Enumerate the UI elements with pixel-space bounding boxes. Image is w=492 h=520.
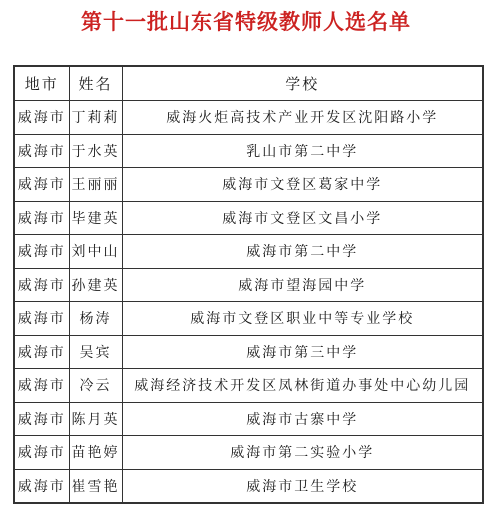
cell-name: 王丽丽 xyxy=(69,168,122,202)
cell-name: 冷云 xyxy=(69,369,122,403)
table-row: 威海市 刘中山 威海市第二中学 xyxy=(14,235,483,269)
cell-city: 威海市 xyxy=(14,268,69,302)
table-row: 威海市 冷云 威海经济技术开发区凤林街道办事处中心幼儿园 xyxy=(14,369,483,403)
cell-school: 威海市第二实验小学 xyxy=(122,436,483,470)
cell-school: 威海市第二中学 xyxy=(122,235,483,269)
cell-school: 威海经济技术开发区凤林街道办事处中心幼儿园 xyxy=(122,369,483,403)
cell-city: 威海市 xyxy=(14,369,69,403)
cell-school: 威海市第三中学 xyxy=(122,335,483,369)
cell-name: 吴宾 xyxy=(69,335,122,369)
cell-school: 威海市文登区职业中等专业学校 xyxy=(122,302,483,336)
table-row: 威海市 崔雪艳 威海市卫生学校 xyxy=(14,469,483,503)
cell-city: 威海市 xyxy=(14,168,69,202)
page: 第十一批山东省特级教师人选名单 地市 姓名 学校 威海市 丁莉莉 威海火炬高技术… xyxy=(0,0,492,520)
cell-city: 威海市 xyxy=(14,302,69,336)
cell-name: 杨涛 xyxy=(69,302,122,336)
table-header-row: 地市 姓名 学校 xyxy=(14,66,483,101)
column-header-name: 姓名 xyxy=(69,66,122,101)
column-header-city: 地市 xyxy=(14,66,69,101)
table-row: 威海市 苗艳婷 威海市第二实验小学 xyxy=(14,436,483,470)
teachers-table: 地市 姓名 学校 威海市 丁莉莉 威海火炬高技术产业开发区沈阳路小学 威海市 于… xyxy=(13,65,484,504)
cell-name: 崔雪艳 xyxy=(69,469,122,503)
table-row: 威海市 孙建英 威海市望海园中学 xyxy=(14,268,483,302)
cell-city: 威海市 xyxy=(14,436,69,470)
table-row: 威海市 吴宾 威海市第三中学 xyxy=(14,335,483,369)
table-row: 威海市 杨涛 威海市文登区职业中等专业学校 xyxy=(14,302,483,336)
cell-name: 苗艳婷 xyxy=(69,436,122,470)
cell-name: 于水英 xyxy=(69,134,122,168)
cell-school: 威海市卫生学校 xyxy=(122,469,483,503)
cell-name: 丁莉莉 xyxy=(69,101,122,135)
cell-school: 威海市望海园中学 xyxy=(122,268,483,302)
cell-school: 乳山市第二中学 xyxy=(122,134,483,168)
table-row: 威海市 王丽丽 威海市文登区葛家中学 xyxy=(14,168,483,202)
cell-city: 威海市 xyxy=(14,235,69,269)
cell-city: 威海市 xyxy=(14,469,69,503)
cell-city: 威海市 xyxy=(14,335,69,369)
cell-city: 威海市 xyxy=(14,101,69,135)
cell-school: 威海市文登区文昌小学 xyxy=(122,201,483,235)
table-container: 地市 姓名 学校 威海市 丁莉莉 威海火炬高技术产业开发区沈阳路小学 威海市 于… xyxy=(13,65,484,504)
table-row: 威海市 丁莉莉 威海火炬高技术产业开发区沈阳路小学 xyxy=(14,101,483,135)
cell-school: 威海火炬高技术产业开发区沈阳路小学 xyxy=(122,101,483,135)
table-row: 威海市 毕建英 威海市文登区文昌小学 xyxy=(14,201,483,235)
column-header-school: 学校 xyxy=(122,66,483,101)
cell-name: 孙建英 xyxy=(69,268,122,302)
cell-name: 陈月英 xyxy=(69,402,122,436)
cell-school: 威海市古寨中学 xyxy=(122,402,483,436)
table-row: 威海市 于水英 乳山市第二中学 xyxy=(14,134,483,168)
cell-city: 威海市 xyxy=(14,134,69,168)
table-row: 威海市 陈月英 威海市古寨中学 xyxy=(14,402,483,436)
cell-name: 毕建英 xyxy=(69,201,122,235)
cell-school: 威海市文登区葛家中学 xyxy=(122,168,483,202)
page-title: 第十一批山东省特级教师人选名单 xyxy=(0,0,492,35)
cell-name: 刘中山 xyxy=(69,235,122,269)
cell-city: 威海市 xyxy=(14,402,69,436)
cell-city: 威海市 xyxy=(14,201,69,235)
